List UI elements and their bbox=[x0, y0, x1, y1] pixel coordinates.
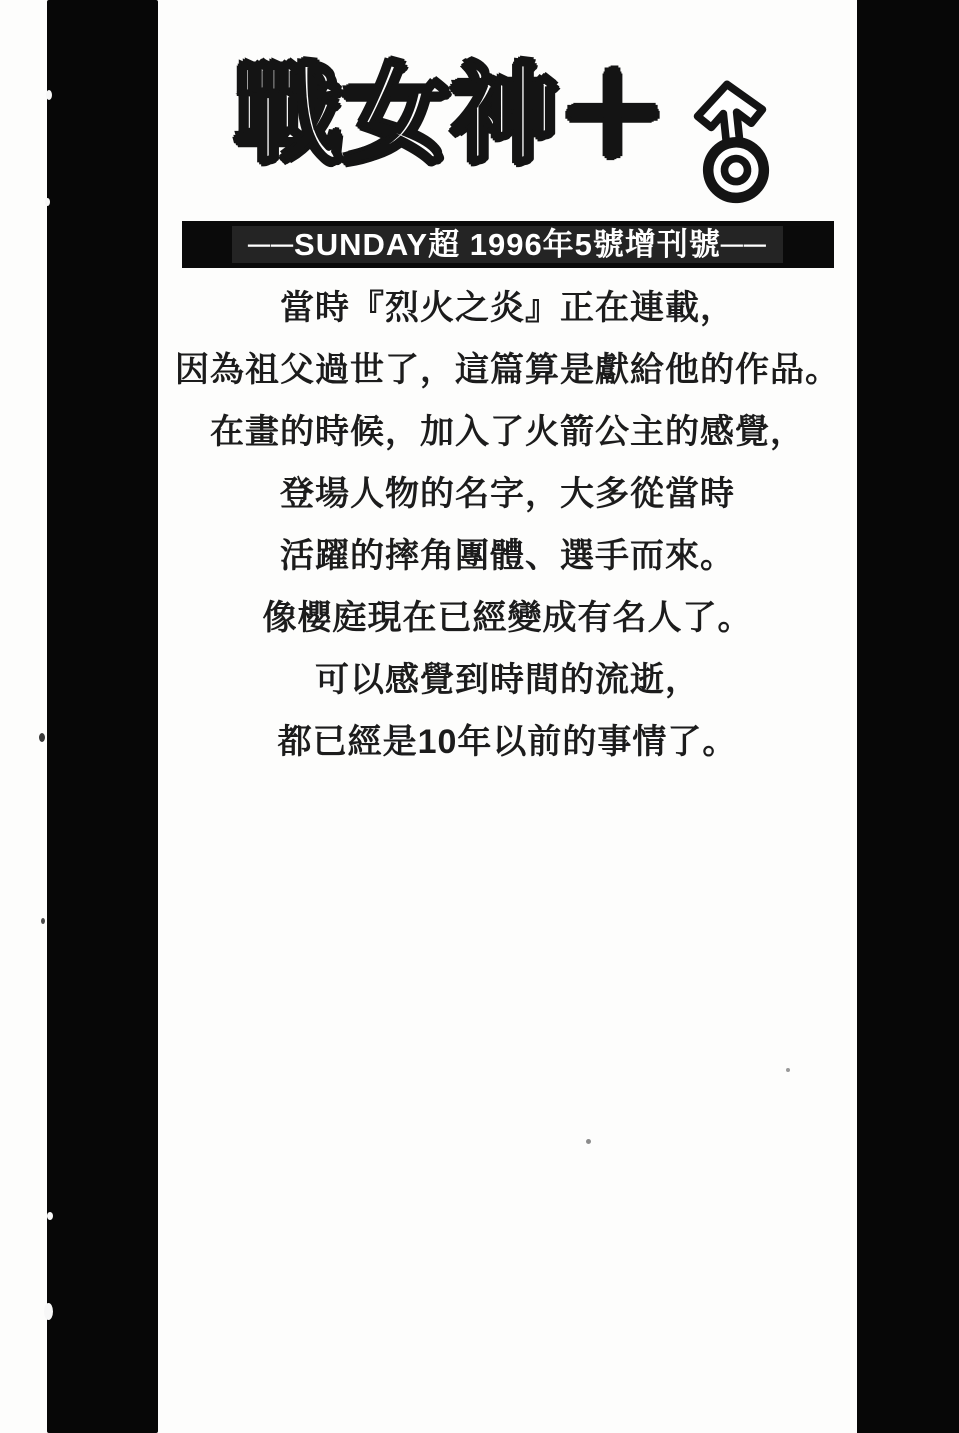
issue-banner: ──SUNDAY超 1996年5號增刊號── bbox=[182, 221, 834, 268]
scanned-manga-extra-page: 戰女神＋ ──SUNDAY超 1996年5號增刊號── 當時『烈火之炎』正在連載… bbox=[0, 0, 959, 1433]
scan-speck bbox=[586, 1139, 591, 1144]
right-black-border bbox=[857, 0, 959, 1433]
scan-speck bbox=[41, 918, 45, 924]
commentary-line: 活躍的摔角團體、選手而來。 bbox=[158, 536, 857, 576]
commentary-line: 可以感覺到時間的流逝， bbox=[158, 660, 857, 700]
content-column: 戰女神＋ ──SUNDAY超 1996年5號增刊號── 當時『烈火之炎』正在連載… bbox=[158, 0, 857, 1433]
scan-speck bbox=[44, 1303, 53, 1320]
commentary-line: 因為祖父過世了，這篇算是獻給他的作品。 bbox=[158, 350, 857, 390]
series-title-block: 戰女神＋ bbox=[158, 62, 857, 207]
scan-speck bbox=[45, 198, 50, 206]
commentary-line: 像櫻庭現在已經變成有名人了。 bbox=[158, 598, 857, 638]
issue-banner-text: ──SUNDAY超 1996年5號增刊號── bbox=[248, 229, 767, 260]
scan-speck bbox=[786, 1068, 790, 1072]
scan-speck bbox=[39, 733, 45, 742]
series-title-text: 戰女神＋ bbox=[236, 62, 668, 171]
male-up-arrow-icon bbox=[680, 74, 785, 210]
commentary-paragraph: 當時『烈火之炎』正在連載， 因為祖父過世了，這篇算是獻給他的作品。 在畫的時候，… bbox=[158, 288, 857, 762]
commentary-line: 當時『烈火之炎』正在連載， bbox=[158, 288, 857, 328]
commentary-line: 在畫的時候，加入了火箭公主的感覺， bbox=[158, 412, 857, 452]
scan-speck bbox=[46, 90, 52, 100]
commentary-line: 登場人物的名字，大多從當時 bbox=[158, 474, 857, 514]
issue-banner-inner: ──SUNDAY超 1996年5號增刊號── bbox=[232, 226, 783, 263]
scan-speck bbox=[47, 1212, 53, 1220]
commentary-line: 都已經是10年以前的事情了。 bbox=[158, 722, 857, 762]
left-black-border bbox=[47, 0, 158, 1433]
